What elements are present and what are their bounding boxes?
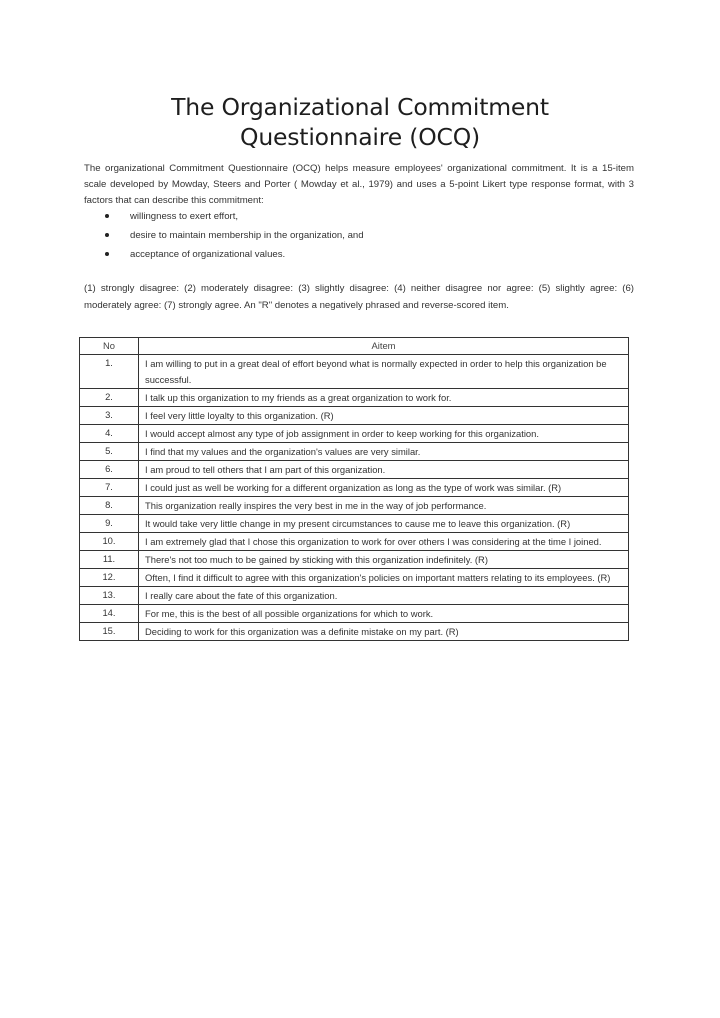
table-row: 12.Often, I find it difficult to agree w… — [80, 569, 629, 587]
factor-item: acceptance of organizational values. — [105, 247, 364, 266]
table-row: 4.I would accept almost any type of job … — [80, 425, 629, 443]
table-row: 3.I feel very little loyalty to this org… — [80, 407, 629, 425]
factor-item: willingness to exert effort, — [105, 209, 364, 228]
questionnaire-table: No Aitem 1.I am willing to put in a grea… — [79, 337, 629, 641]
scale-note: (1) strongly disagree: (2) moderately di… — [84, 280, 634, 314]
intro-paragraph: The organizational Commitment Questionna… — [84, 161, 634, 209]
factor-item: desire to maintain membership in the org… — [105, 228, 364, 247]
table-row: 10.I am extremely glad that I chose this… — [80, 533, 629, 551]
table-row: 9.It would take very little change in my… — [80, 515, 629, 533]
item-text: There's not too much to be gained by sti… — [139, 551, 629, 569]
item-number: 11. — [80, 551, 139, 569]
header-no: No — [80, 338, 139, 355]
item-text: I really care about the fate of this org… — [139, 587, 629, 605]
table-row: 5.I find that my values and the organiza… — [80, 443, 629, 461]
table-row: 1.I am willing to put in a great deal of… — [80, 355, 629, 389]
item-number: 12. — [80, 569, 139, 587]
factor-text: acceptance of organizational values. — [130, 249, 285, 260]
table-row: 14.For me, this is the best of all possi… — [80, 605, 629, 623]
item-number: 15. — [80, 623, 139, 641]
factor-text: willingness to exert effort, — [130, 211, 238, 222]
item-text: I am proud to tell others that I am part… — [139, 461, 629, 479]
item-number: 5. — [80, 443, 139, 461]
item-number: 1. — [80, 355, 139, 389]
item-number: 6. — [80, 461, 139, 479]
page-title: The Organizational Commitment Questionna… — [80, 92, 640, 152]
item-number: 3. — [80, 407, 139, 425]
item-number: 4. — [80, 425, 139, 443]
table-row: 6.I am proud to tell others that I am pa… — [80, 461, 629, 479]
table-header-row: No Aitem — [80, 338, 629, 355]
table-row: 11.There's not too much to be gained by … — [80, 551, 629, 569]
bullet-icon — [105, 214, 109, 218]
table-row: 15.Deciding to work for this organizatio… — [80, 623, 629, 641]
item-text: For me, this is the best of all possible… — [139, 605, 629, 623]
item-text: Often, I find it difficult to agree with… — [139, 569, 629, 587]
item-number: 9. — [80, 515, 139, 533]
item-text: Deciding to work for this organization w… — [139, 623, 629, 641]
table-row: 2.I talk up this organization to my frie… — [80, 389, 629, 407]
table-row: 7.I could just as well be working for a … — [80, 479, 629, 497]
item-number: 14. — [80, 605, 139, 623]
item-text: This organization really inspires the ve… — [139, 497, 629, 515]
header-item: Aitem — [139, 338, 629, 355]
item-text: I feel very little loyalty to this organ… — [139, 407, 629, 425]
item-number: 10. — [80, 533, 139, 551]
item-number: 7. — [80, 479, 139, 497]
title-line-1: The Organizational Commitment — [80, 92, 640, 122]
table-row: 8.This organization really inspires the … — [80, 497, 629, 515]
item-number: 13. — [80, 587, 139, 605]
document-page: The Organizational Commitment Questionna… — [0, 0, 720, 1018]
table-row: 13.I really care about the fate of this … — [80, 587, 629, 605]
item-number: 2. — [80, 389, 139, 407]
item-text: I would accept almost any type of job as… — [139, 425, 629, 443]
title-line-2: Questionnaire (OCQ) — [80, 122, 640, 152]
item-text: I am extremely glad that I chose this or… — [139, 533, 629, 551]
item-text: I am willing to put in a great deal of e… — [139, 355, 629, 389]
factor-text: desire to maintain membership in the org… — [130, 230, 364, 241]
factors-list: willingness to exert effort, desire to m… — [105, 209, 364, 266]
bullet-icon — [105, 233, 109, 237]
bullet-icon — [105, 252, 109, 256]
item-text: It would take very little change in my p… — [139, 515, 629, 533]
item-text: I talk up this organization to my friend… — [139, 389, 629, 407]
item-text: I could just as well be working for a di… — [139, 479, 629, 497]
item-text: I find that my values and the organizati… — [139, 443, 629, 461]
item-number: 8. — [80, 497, 139, 515]
